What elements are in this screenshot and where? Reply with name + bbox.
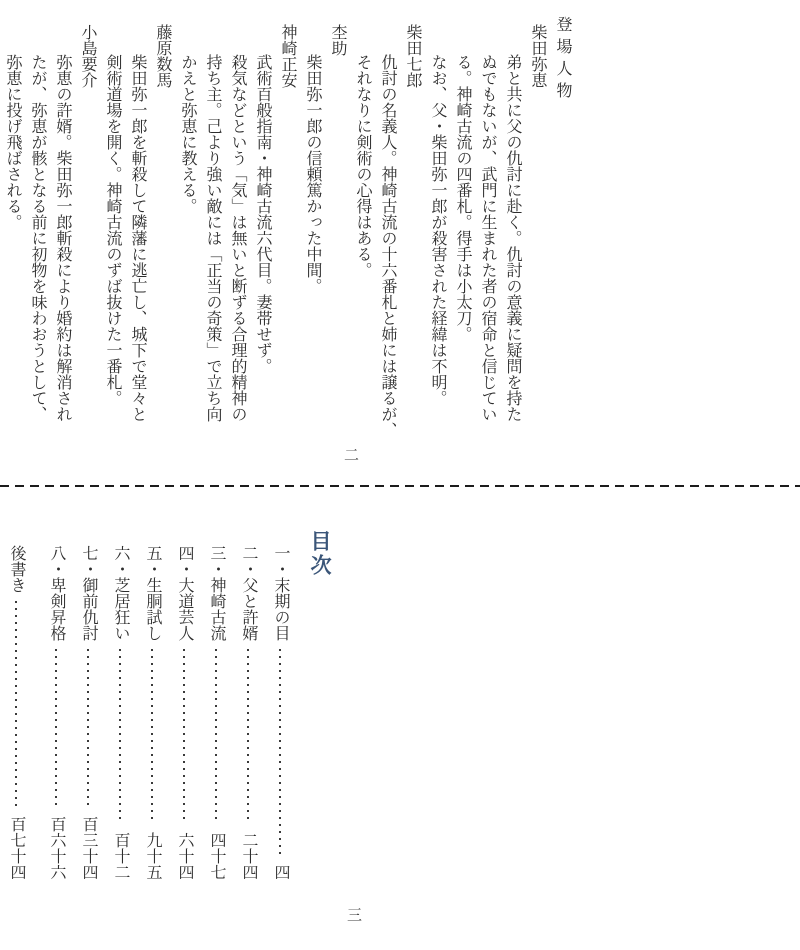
toc-entry-label: 六・芝居狂い xyxy=(104,545,136,641)
character-name: 杢助 xyxy=(325,16,350,485)
toc-leader-dots xyxy=(0,593,32,816)
toc-leader-dots xyxy=(136,641,168,832)
character-name: 藤原数馬 xyxy=(150,16,175,485)
toc-entry-label: 五・生胴試し xyxy=(136,545,168,641)
character-name: 神崎正安 xyxy=(275,16,300,485)
page-number: 二 xyxy=(344,444,359,465)
toc-entry-page: 百六十六 xyxy=(40,816,72,880)
character-entry: 神崎正安 武術百般指南・神崎古流六代目。妻帯せず。 殺気などという「気」は無いと… xyxy=(175,16,300,485)
toc-text-block: 目次 一・末期の目 四 二・父と許婿 二十四 三・神崎古流 四十七 四・大道芸人… xyxy=(0,488,503,950)
character-name: 柴田七郎 xyxy=(400,16,425,485)
toc-entry-label: 一・末期の目 xyxy=(264,545,296,641)
character-description-line: 柴田弥一郎の信頼篤かった中間。 xyxy=(300,16,325,485)
toc-entry: 七・御前仇討 百三十四 xyxy=(72,530,104,880)
toc-leader-dots xyxy=(264,641,296,864)
toc-entry: 五・生胴試し 九十五 xyxy=(136,530,168,880)
toc-entry-page: 二十四 xyxy=(232,832,264,880)
character-description-line: 弥恵の許婿。柴田弥一郎斬殺により婚約は解消され xyxy=(50,16,75,485)
toc-leader-dots xyxy=(168,641,200,832)
toc-leader-dots xyxy=(200,641,232,832)
character-name: 小島要介 xyxy=(75,16,100,485)
toc-entry-afterword: 後書き 百七十四 xyxy=(0,530,32,880)
character-description-line: 仇討の名義人。神崎古流の十六番札と姉には譲るが、 xyxy=(375,16,400,485)
character-description-line: 弟と共に父の仇討に赴く。仇討の意義に疑問を持た xyxy=(500,16,525,485)
character-description-line: ぬでもないが、武門に生まれた者の宿命と信じてい xyxy=(475,16,500,485)
toc-entry-label: 二・父と許婿 xyxy=(232,545,264,641)
toc-leader-dots xyxy=(104,641,136,832)
toc-entry-label: 四・大道芸人 xyxy=(168,545,200,641)
character-description-line: る。神崎古流の四番札。得手は小太刀。 xyxy=(450,16,475,485)
toc-entry: 四・大道芸人 六十四 xyxy=(168,530,200,880)
toc-entry-page: 四十七 xyxy=(200,832,232,880)
toc-entry: 八・卑剣昇格 百六十六 xyxy=(40,530,72,880)
character-description-line: 殺気などという「気」は無いと断ずる合理的精神の xyxy=(225,16,250,485)
toc-entry-page: 百十二 xyxy=(104,832,136,880)
toc-leader-dots xyxy=(40,641,72,816)
character-description-line: 剣術道場を開く。神崎古流のずば抜けた一番札。 xyxy=(100,16,125,485)
character-description-line: 柴田弥一郎を斬殺して隣藩に逃亡し、城下で堂々と xyxy=(125,16,150,485)
character-entry: 柴田七郎 仇討の名義人。神崎古流の十六番札と姉には譲るが、 それなりに剣術の心得… xyxy=(350,16,425,485)
toc-entry-page: 六十四 xyxy=(168,832,200,880)
character-description-line: かえと弥恵に教える。 xyxy=(175,16,200,485)
toc-entry: 一・末期の目 四 xyxy=(264,530,296,880)
character-entry: 小島要介 弥恵の許婿。柴田弥一郎斬殺により婚約は解消され たが、弥恵が骸となる前… xyxy=(0,16,100,485)
toc-entry-label: 後書き xyxy=(0,545,32,593)
character-name: 柴田弥恵 xyxy=(525,16,550,485)
toc-entry: 二・父と許婿 二十四 xyxy=(232,530,264,880)
character-description-line: なお、父・柴田弥一郎が殺害された経緯は不明。 xyxy=(425,16,450,485)
character-entry: 柴田弥恵 弟と共に父の仇討に赴く。仇討の意義に疑問を持た ぬでもないが、武門に生… xyxy=(425,16,550,485)
cast-text-block: 登場人物 柴田弥恵 弟と共に父の仇討に赴く。仇討の意義に疑問を持た ぬでもないが… xyxy=(0,0,733,485)
character-description-line: 持ち主。己より強い敵には「正当の奇策」で立ち向 xyxy=(200,16,225,485)
toc-leader-dots xyxy=(72,641,104,816)
toc-title: 目次 xyxy=(302,530,338,950)
toc-entry: 六・芝居狂い 百十二 xyxy=(104,530,136,880)
toc-entry-page: 四 xyxy=(264,864,296,880)
toc-entry-page: 百三十四 xyxy=(72,816,104,880)
character-entry: 藤原数馬 柴田弥一郎を斬殺して隣藩に逃亡し、城下で堂々と 剣術道場を開く。神崎古… xyxy=(100,16,175,485)
character-entry: 杢助 柴田弥一郎の信頼篤かった中間。 xyxy=(300,16,350,485)
cast-page: 登場人物 柴田弥恵 弟と共に父の仇討に赴く。仇討の意義に疑問を持た ぬでもないが… xyxy=(0,0,800,485)
character-description-line: たが、弥恵が骸となる前に初物を味わおうとして、 xyxy=(25,16,50,485)
toc-entry-label: 七・御前仇討 xyxy=(72,545,104,641)
cast-page-title: 登場人物 xyxy=(550,16,575,485)
toc-entry-page: 九十五 xyxy=(136,832,168,880)
character-description-line: それなりに剣術の心得はある。 xyxy=(350,16,375,485)
toc-page: 目次 一・末期の目 四 二・父と許婿 二十四 三・神崎古流 四十七 四・大道芸人… xyxy=(0,488,800,950)
toc-entry-label: 三・神崎古流 xyxy=(200,545,232,641)
toc-entry-page: 百七十四 xyxy=(0,816,32,880)
toc-entry: 三・神崎古流 四十七 xyxy=(200,530,232,880)
toc-entry-label: 八・卑剣昇格 xyxy=(40,545,72,641)
toc-leader-dots xyxy=(232,641,264,832)
character-description-line: 武術百般指南・神崎古流六代目。妻帯せず。 xyxy=(250,16,275,485)
page-number: 三 xyxy=(347,904,362,925)
character-description-line: 弥恵に投げ飛ばされる。 xyxy=(0,16,25,485)
